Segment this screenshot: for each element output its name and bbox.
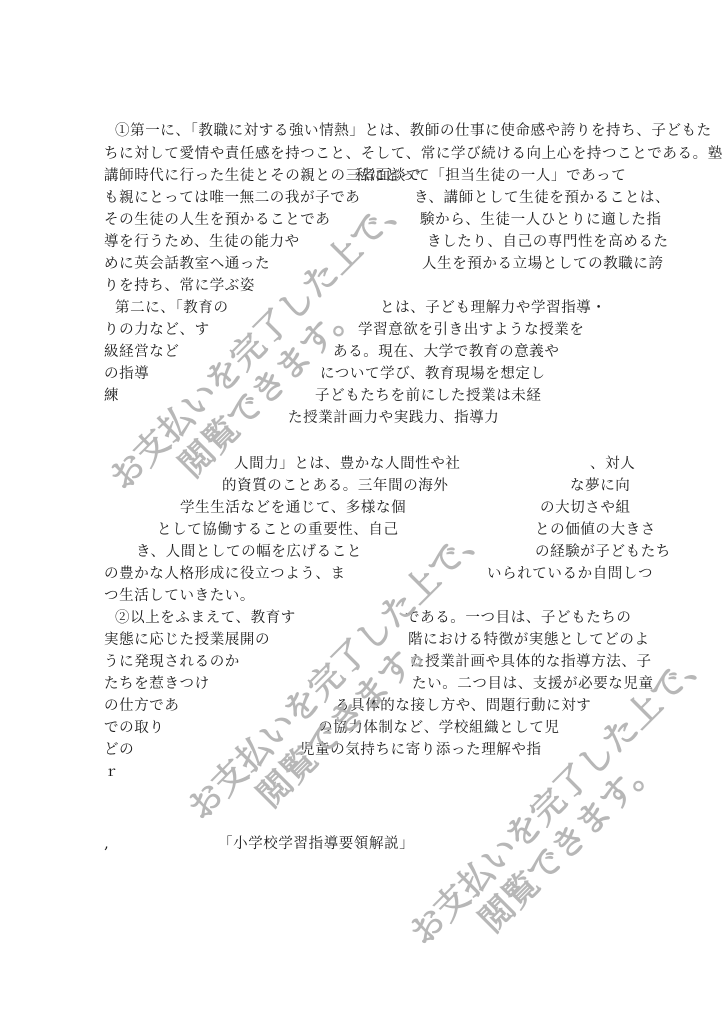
text-fragment: りを持ち、常に学ぶ姿 [104,277,255,295]
text-fragment: りの力など、す [104,321,210,339]
text-fragment: きしたり、自己の専門性を高めるた [427,233,669,251]
text-fragment: 学生生活などを通じて、多様な個 [180,499,406,517]
text-fragment: 学習意欲を引き出すような授業を [358,321,585,339]
text-fragment: 級経営など [104,343,180,361]
document-page: ①第一に、「教職に対する強い情熱」とは、教師の仕事に使命感や誇りを持ち、子どもた… [0,0,724,1024]
text-fragment: 階における特徴が実態としてどのよ [408,631,650,649]
text-fragment: 的資質のことある。三年間の海外 [222,477,449,495]
text-fragment: の指導 [104,365,149,383]
text-fragment: ある。現在、大学で教育の意義や [333,343,560,361]
text-fragment: 導を行うため、生徒の能力や [104,233,300,251]
text-fragment: について学び、教育現場を想定し [320,365,546,383]
text-fragment: どの [104,741,134,759]
text-fragment: たい。二つ目は、支援が必要な児童 [412,675,654,693]
text-fragment: た授業計画や具体的な指導方法、子 [410,653,652,671]
text-fragment: いられているか自問しつ [487,565,653,583]
text-fragment: つ生活していきたい。 [104,587,255,605]
text-fragment: たちを惹きつけ [104,675,210,693]
text-fragment: ちに対して愛情や責任感を持つこと、そして、常に学び続ける向上心を持つことである。… [104,145,723,163]
text-fragment: その生徒の人生を預かることであ [104,211,331,229]
text-fragment: 実態に応じた授業展開の [104,631,270,649]
text-fragment: 人間力」とは、豊かな人間性や社 [234,455,461,473]
text-fragment: も親にとっては唯一無二の我が子であ [104,189,360,207]
text-fragment: 人生を預かる立場としての教職に誇 [422,255,664,273]
text-fragment: 私にとって「担当生徒の一人」であって [355,167,626,185]
text-fragment: とは、子ども理解力や学習指導・ [380,299,607,317]
text-fragment: との価値の大きさ [535,521,656,539]
text-fragment: 練 [104,387,119,405]
text-fragment: ｒ [104,763,119,781]
text-fragment: 児童の気持ちに寄り添った理解や指 [300,741,542,759]
text-fragment: めに英会話教室へ通った [104,255,270,273]
text-fragment: の仕方であ [104,697,180,715]
text-fragment: うに発現されるのか [104,653,240,671]
text-fragment: 「小学校学習指導要領解説」 [218,835,414,853]
text-fragment: き、人間としての幅を広げること [136,543,362,561]
text-fragment: である。一つ目は、子どもたちの [405,609,632,627]
text-fragment: ‚ [104,835,109,853]
text-fragment: 、対人 [590,455,635,473]
text-fragment: 験から、生徒一人ひとりに適した指 [420,211,662,229]
text-fragment: での取り [104,719,164,737]
text-fragment: 子どもたちを前にした授業は未経 [315,387,542,405]
text-fragment: の経験が子どもたち [535,543,671,561]
text-fragment: ②以上をふまえて、教育す [115,609,296,627]
text-fragment: る具体的な接し方や、問題行動に対す [335,697,591,715]
text-fragment: の豊かな人格形成に役立つよう、ま [104,565,346,583]
text-fragment: な夢に向 [570,477,630,495]
text-fragment: き、講師として生徒を預かることは、 [414,189,670,207]
text-fragment: ①第一に、「教職に対する強い情熱」とは、教師の仕事に使命感や誇りを持ち、子どもた [115,122,712,140]
text-fragment: の大切さや組 [540,499,631,517]
text-fragment: として協働することの重要性、自己 [157,521,399,539]
text-fragment: の協力体制など、学校組織として児 [318,719,560,737]
watermark-line-1: お支払いを完了した上で、 [102,182,418,498]
text-fragment: た授業計画力や実践力、指導力 [288,409,499,427]
text-fragment: 第二に、「教育の [115,299,229,317]
